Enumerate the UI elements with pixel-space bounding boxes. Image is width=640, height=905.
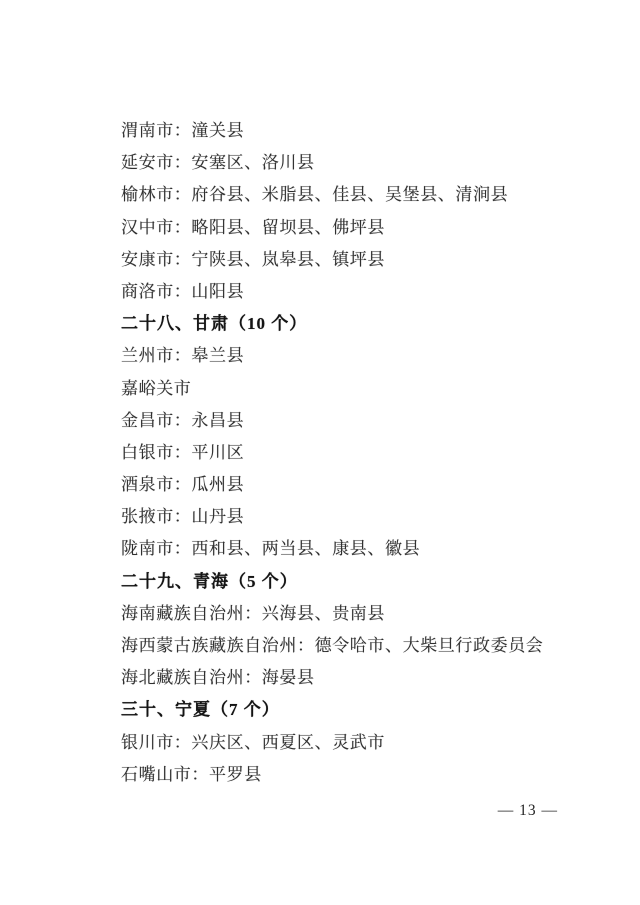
- region-line: 海西蒙古族藏族自治州：德令哈市、大柴旦行政委员会: [121, 630, 566, 662]
- document-content: 渭南市：潼关县 延安市：安塞区、洛川县 榆林市：府谷县、米脂县、佳县、吴堡县、清…: [121, 115, 566, 791]
- region-line: 金昌市：永昌县: [121, 405, 566, 437]
- region-line: 汉中市：略阳县、留坝县、佛坪县: [121, 212, 566, 244]
- region-line: 陇南市：西和县、两当县、康县、徽县: [121, 533, 566, 565]
- region-line: 银川市：兴庆区、西夏区、灵武市: [121, 727, 566, 759]
- page-number: — 13 —: [498, 801, 558, 821]
- region-line: 渭南市：潼关县: [121, 115, 566, 147]
- document-page: 渭南市：潼关县 延安市：安塞区、洛川县 榆林市：府谷县、米脂县、佳县、吴堡县、清…: [0, 0, 640, 905]
- region-line: 嘉峪关市: [121, 373, 566, 405]
- section-heading-qinghai: 二十九、青海（5 个）: [121, 566, 566, 598]
- region-line: 酒泉市：瓜州县: [121, 469, 566, 501]
- region-line: 白银市：平川区: [121, 437, 566, 469]
- region-line: 安康市：宁陕县、岚皋县、镇坪县: [121, 244, 566, 276]
- section-heading-gansu: 二十八、甘肃（10 个）: [121, 308, 566, 340]
- region-line: 石嘴山市：平罗县: [121, 759, 566, 791]
- region-line: 海南藏族自治州：兴海县、贵南县: [121, 598, 566, 630]
- region-line: 延安市：安塞区、洛川县: [121, 147, 566, 179]
- region-line: 张掖市：山丹县: [121, 501, 566, 533]
- region-line: 商洛市：山阳县: [121, 276, 566, 308]
- region-line: 海北藏族自治州：海晏县: [121, 662, 566, 694]
- region-line: 榆林市：府谷县、米脂县、佳县、吴堡县、清涧县: [121, 179, 566, 211]
- region-line: 兰州市：皋兰县: [121, 340, 566, 372]
- section-heading-ningxia: 三十、宁夏（7 个）: [121, 694, 566, 726]
